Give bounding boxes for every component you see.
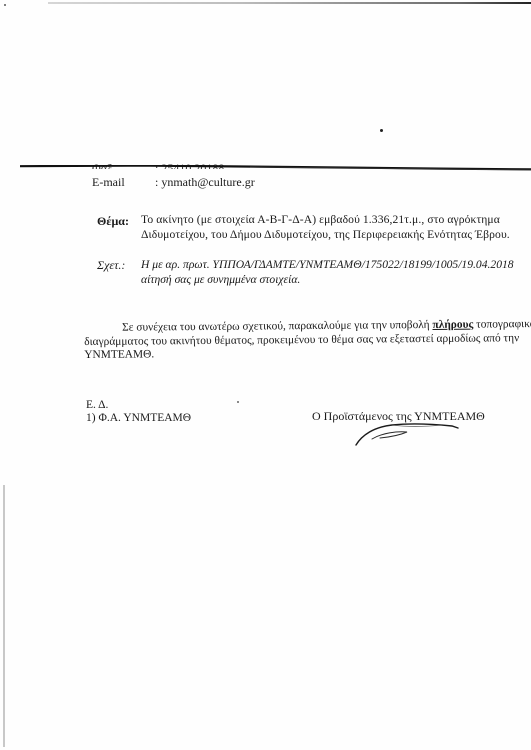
internal-distribution-label: Ε. Δ. bbox=[86, 398, 108, 412]
email-label: E-mail bbox=[92, 175, 125, 189]
reference-label: Σχετ.: bbox=[97, 258, 125, 272]
page-fold-line bbox=[20, 165, 531, 171]
scan-speck bbox=[380, 129, 383, 132]
scan-speck bbox=[237, 401, 239, 403]
body-paragraph: Σε συνέχεια του ανωτέρω σχετικού, παρακα… bbox=[84, 318, 524, 362]
subject-line: Διδυμοτείχου, του Δήμου Διδυμοτείχου, τη… bbox=[141, 227, 519, 242]
internal-distribution-item: 1) Φ.Α. ΥΝΜΤΕΑΜΘ bbox=[86, 411, 191, 425]
subject-text: Το ακίνητο (με στοιχεία Α-Β-Γ-Δ-Α) εμβαδ… bbox=[141, 212, 519, 242]
scanned-document-page: Φαξ : 25410 20188 E-mail : ynmath@cultur… bbox=[0, 0, 531, 750]
scan-left-edge bbox=[3, 485, 5, 747]
email-value: : ynmath@culture.gr bbox=[155, 175, 255, 189]
reference-text: Η με αρ. πρωτ. ΥΠΠΟΑ/ΓΔΑΜΤΕ/ΥΝΜΤΕΑΜΘ/175… bbox=[141, 257, 514, 287]
body-line: ΥΝΜΤΕΑΜΘ. bbox=[84, 345, 524, 362]
emphasis-complete: πλήρους bbox=[432, 319, 473, 331]
scan-top-edge bbox=[48, 2, 531, 4]
scan-speck bbox=[4, 4, 6, 6]
reference-line: αίτησή σας με συνημμένα στοιχεία. bbox=[141, 272, 514, 287]
subject-line: Το ακίνητο (με στοιχεία Α-Β-Γ-Δ-Α) εμβαδ… bbox=[141, 212, 519, 227]
reference-line: Η με αρ. πρωτ. ΥΠΠΟΑ/ΓΔΑΜΤΕ/ΥΝΜΤΕΑΜΘ/175… bbox=[141, 257, 514, 272]
signature-icon bbox=[352, 421, 462, 447]
subject-label: Θέμα: bbox=[97, 214, 129, 228]
